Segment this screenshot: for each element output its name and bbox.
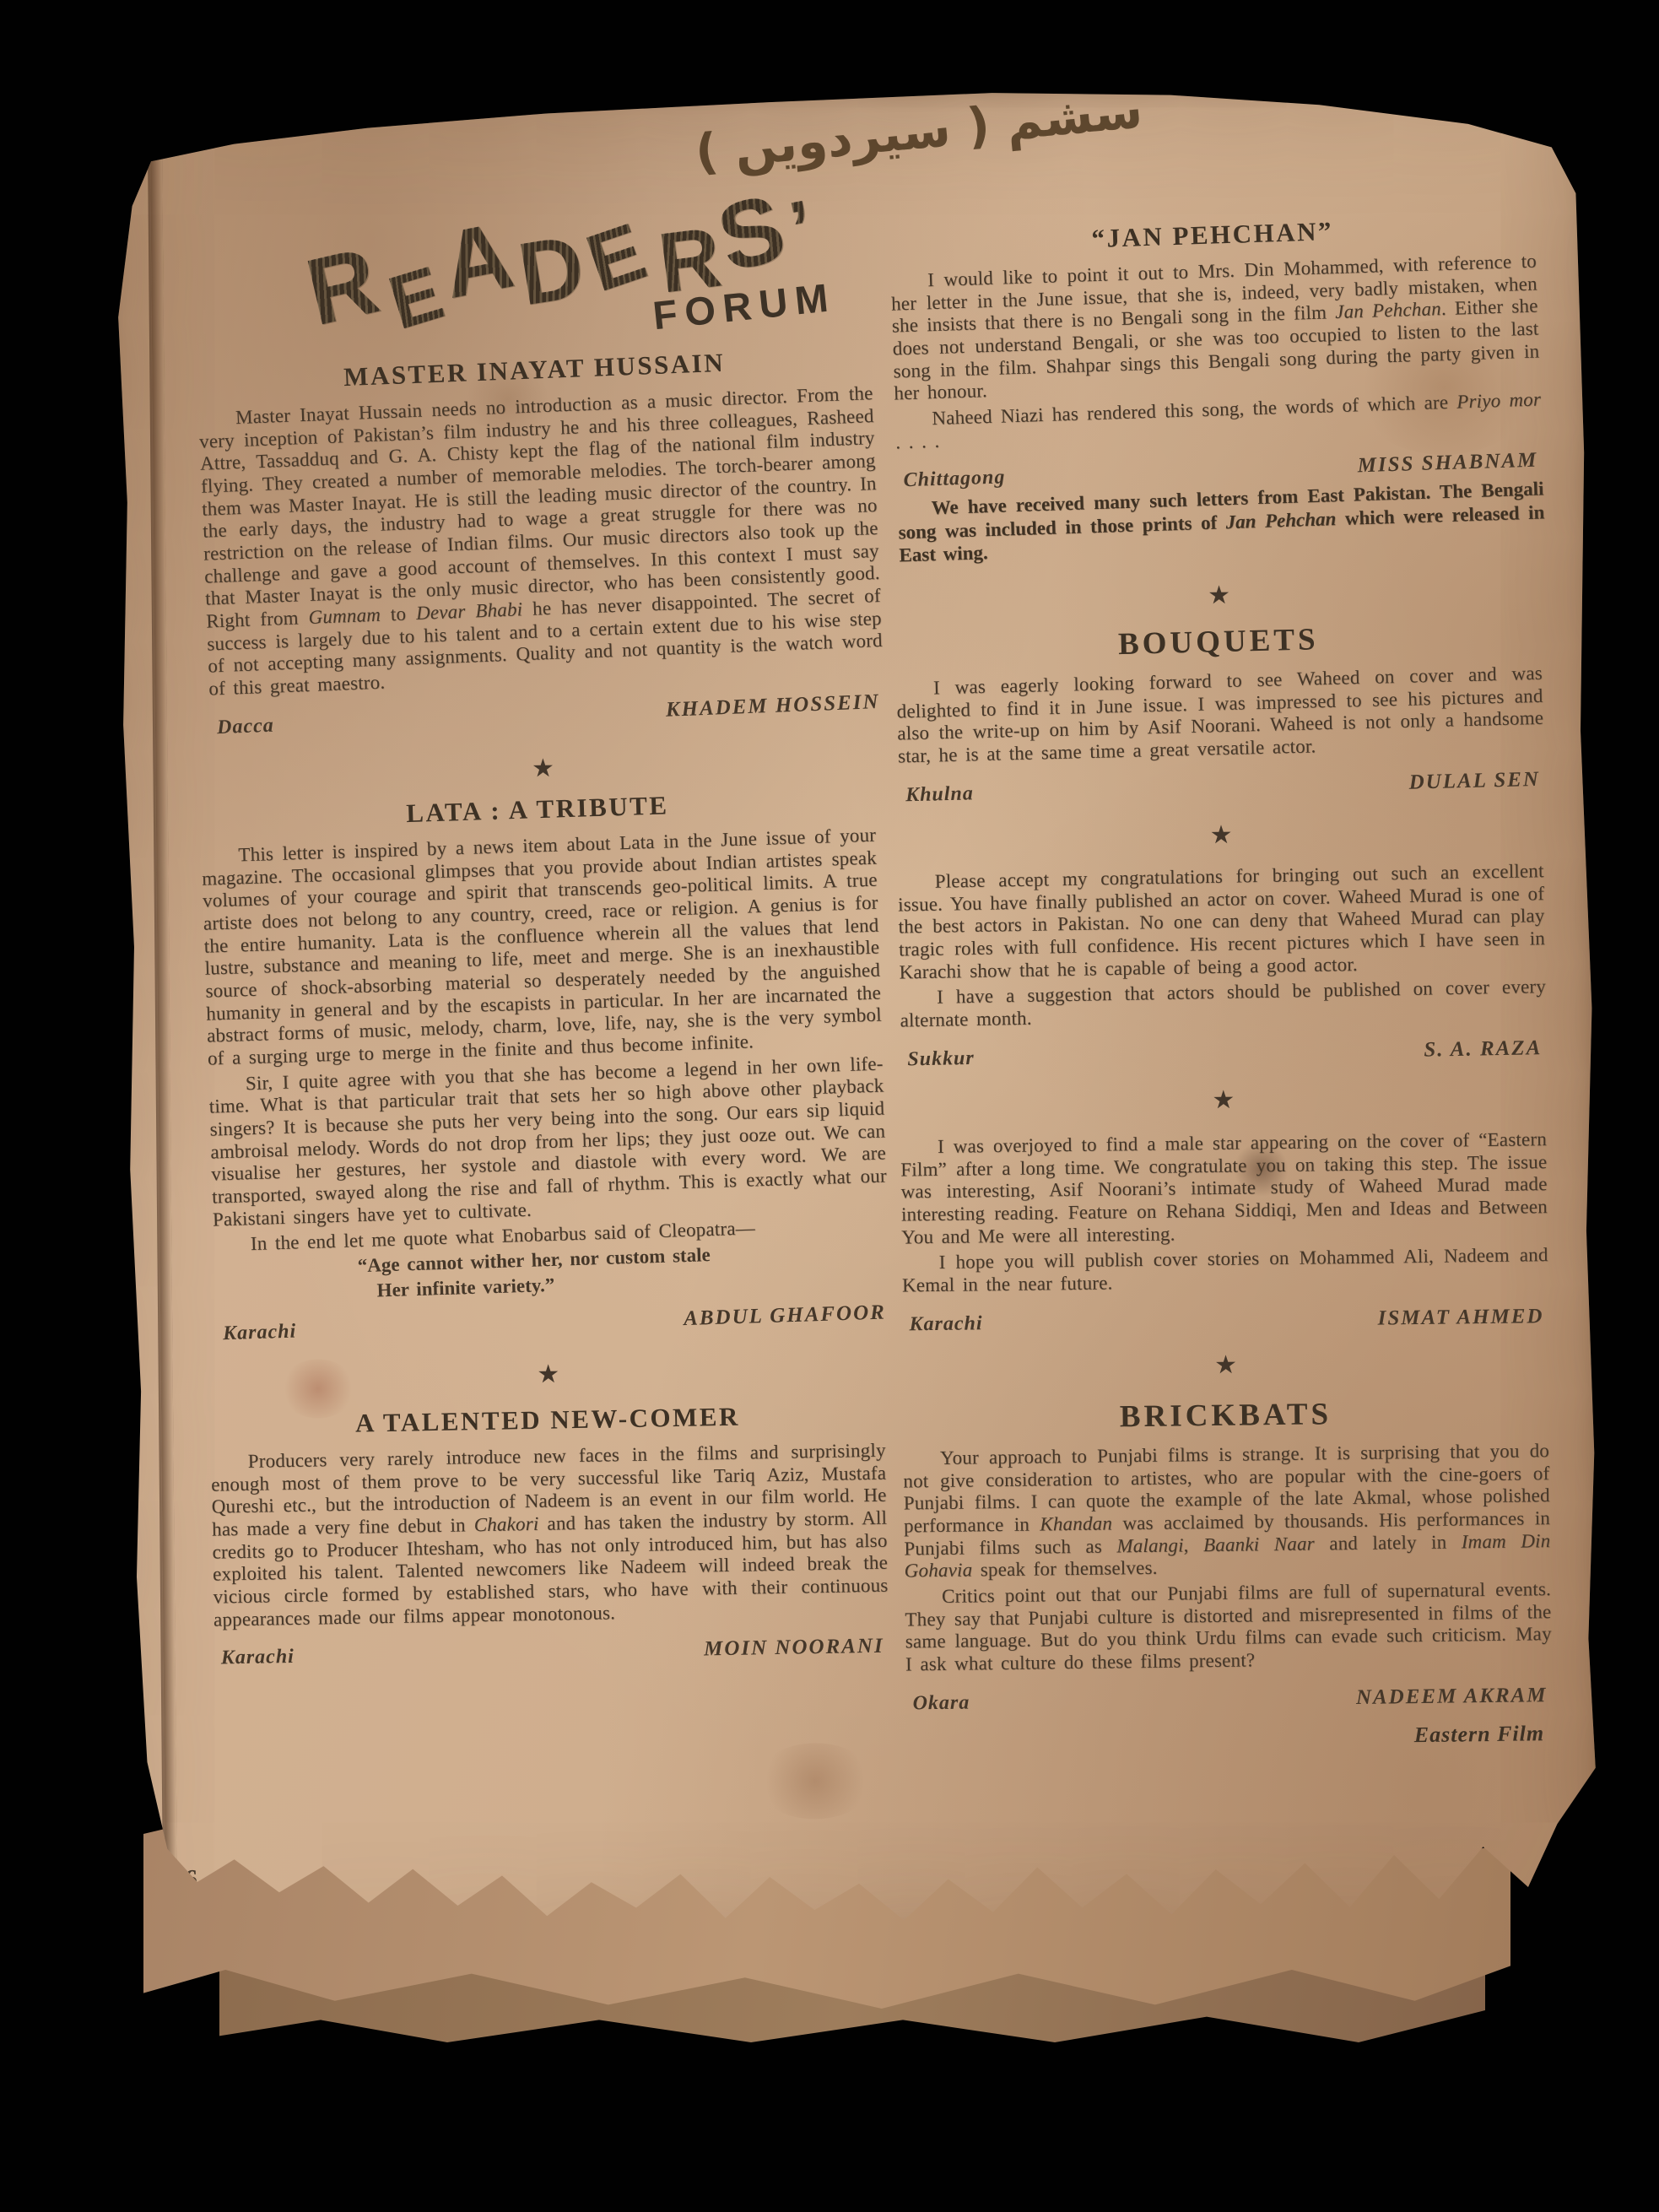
- letter-signature: S. A. RAZA: [1424, 1036, 1542, 1062]
- letter-heading: BRICKBATS: [902, 1393, 1548, 1437]
- letter-paragraph: Sir, I quite agree with you that she has…: [208, 1052, 888, 1231]
- letter-signature: NADEEM AKRAM: [1356, 1684, 1548, 1710]
- letter-place: Chittagong: [903, 467, 1006, 493]
- signature-row: Karachi ABDUL GHAFOOR: [223, 1301, 886, 1346]
- letter-signature: MISS SHABNAM: [1357, 449, 1537, 479]
- letter-place: Karachi: [223, 1321, 297, 1346]
- editor-note: We have received many such letters from …: [897, 478, 1545, 566]
- right-column: “JAN PEHCHAN” I would like to point it o…: [893, 224, 1553, 1754]
- letter-paragraph: This letter is inspired by a news item a…: [201, 824, 883, 1070]
- letter-paragraph: Critics point out that our Punjabi films…: [905, 1578, 1552, 1676]
- signature-row: Okara NADEEM AKRAM: [912, 1684, 1547, 1715]
- letter-signature: KHADEM HOSSEIN: [665, 690, 880, 722]
- letter-paragraph: I was overjoyed to find a male star appe…: [900, 1128, 1548, 1249]
- letter-heading: BOUQUETS: [894, 616, 1542, 668]
- signature-row: Dacca KHADEM HOSSEIN: [217, 690, 880, 739]
- letter-paragraph: Your approach to Punjabi films is strang…: [903, 1440, 1551, 1582]
- letter-paragraph: Master Inayat Hussain needs no introduct…: [198, 382, 884, 700]
- star-divider: ★: [211, 1357, 886, 1393]
- letter-signature: MOIN NOORANI: [704, 1635, 884, 1662]
- letter-heading: A TALENTED NEW-COMER: [210, 1399, 886, 1441]
- signature-row: Karachi ISMAT AHMED: [909, 1305, 1543, 1336]
- letter-lata-tribute: LATA : A TRIBUTE This letter is inspired…: [200, 783, 892, 1345]
- letter-paragraph: Please accept my congratulations for bri…: [897, 861, 1545, 985]
- letter-place: Karachi: [221, 1646, 295, 1670]
- letter-jan-pehchan: “JAN PEHCHAN” I would like to point it o…: [889, 210, 1545, 567]
- magazine-page: سشم ( سیردویں ) READERS’ FORUM MASTER IN…: [100, 82, 1602, 1947]
- letter-ismat: I was overjoyed to find a male star appe…: [900, 1128, 1549, 1336]
- star-divider: ★: [896, 578, 1543, 614]
- star-divider: ★: [898, 818, 1544, 853]
- star-divider: ★: [900, 1083, 1547, 1118]
- letter-signature: ISMAT AHMED: [1378, 1305, 1544, 1330]
- stain: [756, 1743, 875, 1820]
- letter-place: Dacca: [217, 714, 275, 739]
- signature-row: Karachi MOIN NOORANI: [221, 1635, 884, 1670]
- letter-paragraph: I hope you will publish cover stories on…: [902, 1245, 1549, 1298]
- signature-row: Khulna DULAL SEN: [905, 767, 1540, 806]
- letter-brickbats: BRICKBATS Your approach to Punjabi films…: [902, 1393, 1553, 1754]
- letter-bouquets: BOUQUETS I was eagerly looking forward t…: [894, 616, 1545, 807]
- letter-place: Sukkur: [907, 1047, 975, 1071]
- letter-paragraph: I have a suggestion that actors should b…: [900, 976, 1547, 1033]
- letter-paragraph: Producers very rarely introduce new face…: [211, 1440, 889, 1631]
- letter-talented-newcomer: A TALENTED NEW-COMER Producers very rare…: [210, 1399, 889, 1670]
- letter-place: Okara: [912, 1691, 970, 1715]
- magazine-credit: Eastern Film: [906, 1721, 1544, 1754]
- letter-place: Khulna: [905, 782, 974, 807]
- scanned-magazine-photo: { "glyphs": { "star": "★" }, "page": { "…: [0, 0, 1659, 2212]
- signature-row: Sukkur S. A. RAZA: [907, 1036, 1542, 1071]
- letter-paragraph: I was eagerly looking forward to see Wah…: [896, 663, 1544, 768]
- letter-place: Karachi: [909, 1312, 982, 1336]
- letter-signature: DULAL SEN: [1408, 767, 1540, 794]
- letter-signature: ABDUL GHAFOOR: [684, 1301, 886, 1332]
- left-column: READERS’ FORUM MASTER INAYAT HUSSAIN Mas…: [200, 187, 888, 1670]
- handwritten-annotation: سشم ( سیردویں ): [602, 81, 1145, 190]
- spine-crease: [148, 145, 177, 1884]
- star-divider: ★: [903, 1348, 1549, 1383]
- letter-master-inayat: MASTER INAYAT HUSSAIN Master Inayat Huss…: [197, 342, 885, 739]
- star-divider: ★: [205, 750, 880, 786]
- letter-paragraph: I would like to point it out to Mrs. Din…: [890, 251, 1541, 406]
- letter-raza: Please accept my congratulations for bri…: [897, 861, 1547, 1072]
